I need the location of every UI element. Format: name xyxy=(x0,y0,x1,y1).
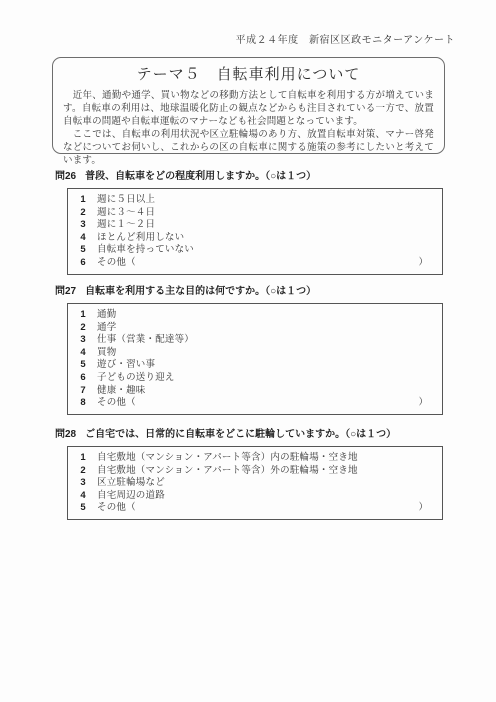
option-number: 7 xyxy=(79,385,87,398)
question-27: 問27自転車を利用する主な目的は何ですか。（○は１つ） 1通勤2通学3仕事（営業… xyxy=(55,282,443,415)
option-label: 通勤 xyxy=(97,309,116,322)
option-label: 仕事（営業・配達等） xyxy=(97,334,194,347)
option-number: 3 xyxy=(79,219,87,232)
option-row: 4自宅周辺の道路 xyxy=(68,490,442,503)
option-row: 2週に３〜４日 xyxy=(68,207,442,220)
option-label: 自転車を持っていない xyxy=(97,244,194,257)
option-number: 8 xyxy=(79,397,87,410)
option-close-paren: ） xyxy=(418,257,428,270)
option-label: ほとんど利用しない xyxy=(97,232,184,245)
question-26-options-box: 1週に５日以上2週に３〜４日3週に１〜２日4ほとんど利用しない5自転車を持ってい… xyxy=(67,188,443,275)
option-row: 5自転車を持っていない xyxy=(68,244,442,257)
option-label: 自宅周辺の道路 xyxy=(97,490,165,503)
option-row: 1自宅敷地（マンション・アパート等含）内の駐輪場・空き地 xyxy=(68,452,442,465)
option-row: 5その他（） xyxy=(68,502,442,515)
option-row: 2通学 xyxy=(68,322,442,335)
question-28-options-box: 1自宅敷地（マンション・アパート等含）内の駐輪場・空き地2自宅敷地（マンション・… xyxy=(67,446,443,520)
option-number: 6 xyxy=(79,257,87,270)
option-label: 週に３〜４日 xyxy=(97,207,155,220)
option-label: 買物 xyxy=(97,347,116,360)
option-row: 7健康・趣味 xyxy=(68,385,442,398)
option-number: 6 xyxy=(79,372,87,385)
intro-paragraph-2: ここでは、自転車の利用状況や区立駐輪場のあり方、放置自転車対策、マナー啓発などに… xyxy=(63,128,434,167)
question-27-options-box: 1通勤2通学3仕事（営業・配達等）4買物5遊び・習い事6子どもの送り迎え7健康・… xyxy=(67,303,443,415)
option-label: 週に１〜２日 xyxy=(97,219,155,232)
option-label: 子どもの送り迎え xyxy=(97,372,175,385)
question-26-number: 問26 xyxy=(55,171,76,182)
question-26: 問26普段、自転車をどの程度利用しますか。（○は１つ） 1週に５日以上2週に３〜… xyxy=(55,167,443,275)
option-number: 5 xyxy=(79,359,87,372)
option-row: 6その他（） xyxy=(68,257,442,270)
page-header: 平成２４年度 新宿区区政モニターアンケート xyxy=(236,31,455,46)
option-row: 3週に１〜２日 xyxy=(68,219,442,232)
option-number: 5 xyxy=(79,502,87,515)
option-number: 3 xyxy=(79,334,87,347)
option-row: 3仕事（営業・配達等） xyxy=(68,334,442,347)
question-27-text: 自転車を利用する主な目的は何ですか。（○は１つ） xyxy=(85,286,316,297)
option-label: 健康・趣味 xyxy=(97,385,146,398)
option-label: その他（ xyxy=(97,257,136,270)
option-number: 1 xyxy=(79,309,87,322)
option-number: 2 xyxy=(79,322,87,335)
question-26-header: 問26普段、自転車をどの程度利用しますか。（○は１つ） xyxy=(55,167,443,182)
question-28: 問28ご自宅では、日常的に自転車をどこに駐輪していますか。（○は１つ） 1自宅敷… xyxy=(55,425,443,520)
option-number: 2 xyxy=(79,465,87,478)
option-number: 4 xyxy=(79,347,87,360)
intro-paragraph-1: 近年、通勤や通学、買い物などの移動方法として自転車を利用する方が増えています。自… xyxy=(63,89,434,128)
option-number: 1 xyxy=(79,194,87,207)
option-label: 自宅敷地（マンション・アパート等含）外の駐輪場・空き地 xyxy=(97,465,358,478)
option-row: 3区立駐輪場など xyxy=(68,477,442,490)
option-number: 3 xyxy=(79,477,87,490)
question-28-number: 問28 xyxy=(55,429,76,440)
option-row: 4買物 xyxy=(68,347,442,360)
option-label: 通学 xyxy=(97,322,116,335)
question-27-header: 問27自転車を利用する主な目的は何ですか。（○は１つ） xyxy=(55,282,443,297)
option-row: 2自宅敷地（マンション・アパート等含）外の駐輪場・空き地 xyxy=(68,465,442,478)
option-row: 4ほとんど利用しない xyxy=(68,232,442,245)
question-28-text: ご自宅では、日常的に自転車をどこに駐輪していますか。（○は１つ） xyxy=(85,429,396,440)
question-28-header: 問28ご自宅では、日常的に自転車をどこに駐輪していますか。（○は１つ） xyxy=(55,425,443,440)
option-number: 4 xyxy=(79,490,87,503)
option-number: 4 xyxy=(79,232,87,245)
theme-title: テーマ５ 自転車利用について xyxy=(53,63,444,84)
option-number: 2 xyxy=(79,207,87,220)
option-close-paren: ） xyxy=(418,502,428,515)
theme-box: テーマ５ 自転車利用について 近年、通勤や通学、買い物などの移動方法として自転車… xyxy=(52,57,445,154)
question-27-number: 問27 xyxy=(55,286,76,297)
option-row: 8その他（） xyxy=(68,397,442,410)
option-label: その他（ xyxy=(97,502,136,515)
option-row: 1週に５日以上 xyxy=(68,194,442,207)
option-row: 5遊び・習い事 xyxy=(68,359,442,372)
option-label: その他（ xyxy=(97,397,136,410)
option-close-paren: ） xyxy=(418,397,428,410)
option-label: 週に５日以上 xyxy=(97,194,155,207)
option-label: 遊び・習い事 xyxy=(97,359,155,372)
option-row: 1通勤 xyxy=(68,309,442,322)
option-label: 自宅敷地（マンション・アパート等含）内の駐輪場・空き地 xyxy=(97,452,358,465)
question-26-text: 普段、自転車をどの程度利用しますか。（○は１つ） xyxy=(85,171,316,182)
option-row: 6子どもの送り迎え xyxy=(68,372,442,385)
option-number: 5 xyxy=(79,244,87,257)
option-number: 1 xyxy=(79,452,87,465)
option-label: 区立駐輪場など xyxy=(97,477,165,490)
